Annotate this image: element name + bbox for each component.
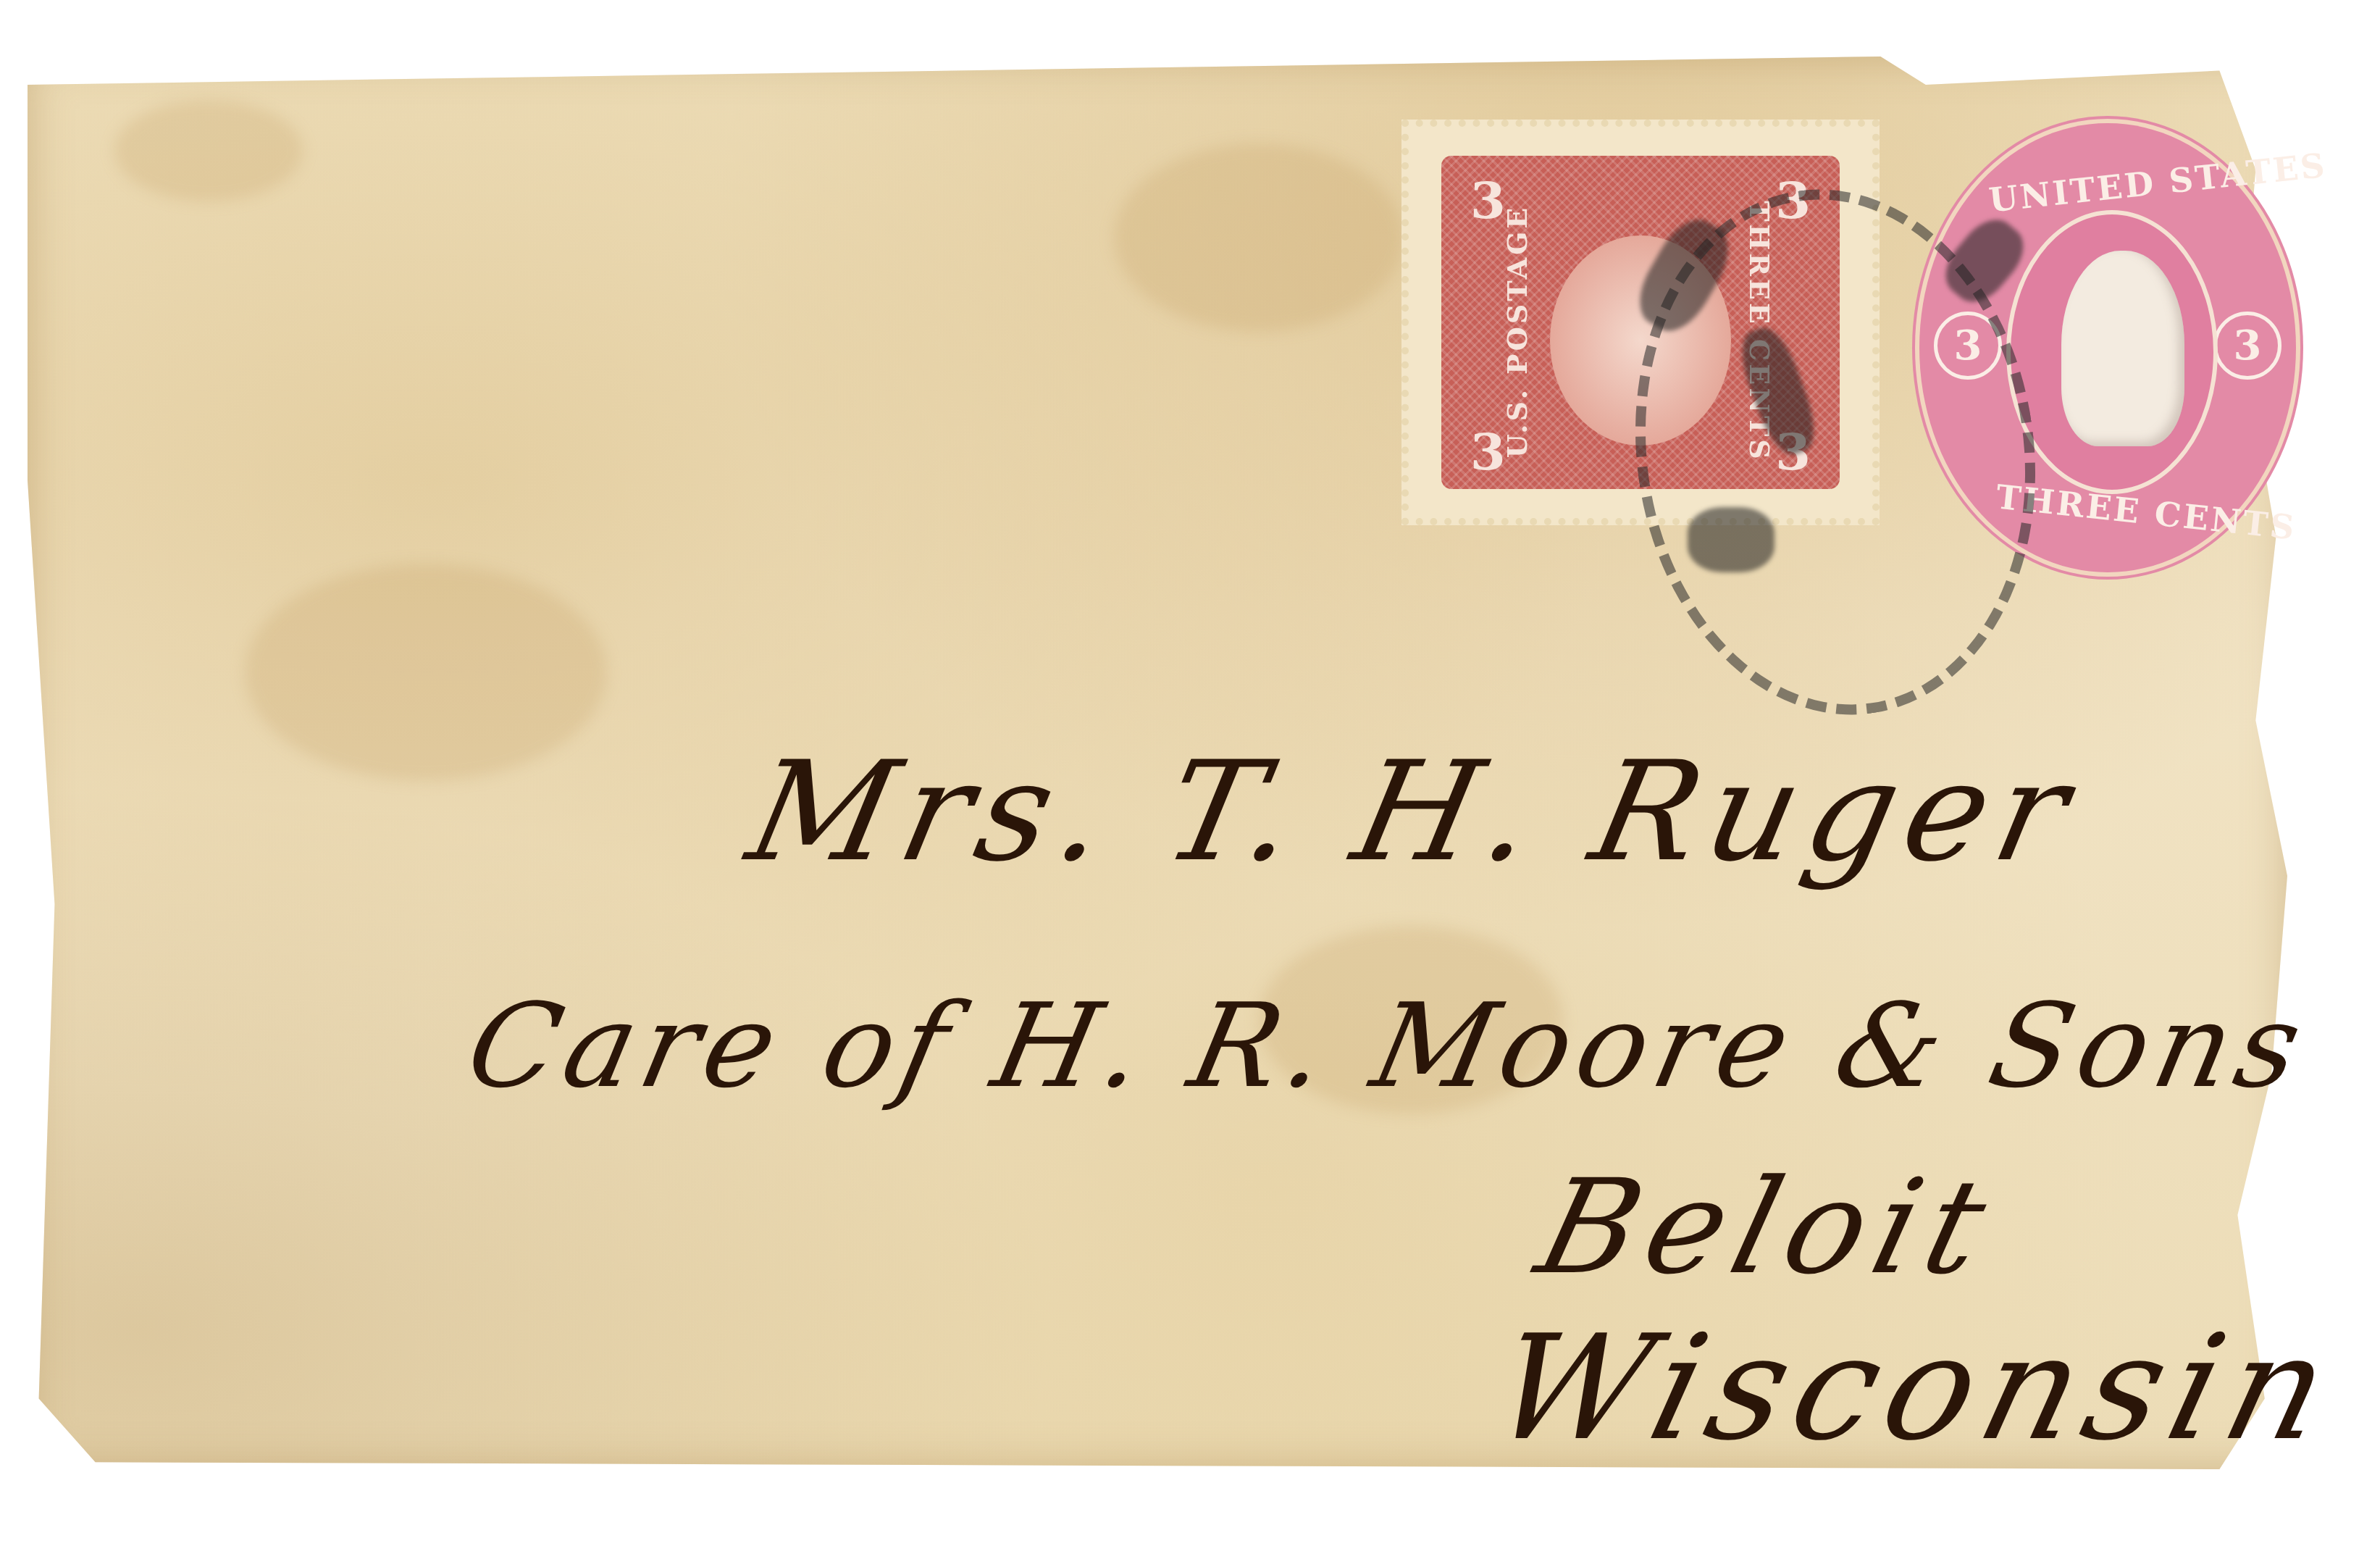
address-city: Beloit	[1524, 1152, 2010, 1303]
indicium-bottom-text: THREE CENTS	[1994, 477, 2298, 547]
cancel-blot	[1688, 507, 1774, 572]
indicium-top-text: UNITED STATES	[1987, 146, 2329, 220]
stamp-left-text: U.S. POSTAGE	[1501, 205, 1533, 459]
paper-stain	[1114, 143, 1404, 332]
paper-stain	[245, 564, 607, 781]
paper-stain	[114, 100, 303, 201]
address-state: Wisconsin	[1478, 1304, 2354, 1473]
address-care-of: Care of H. R. Moore & Sons	[456, 978, 2319, 1114]
indicium-medallion	[2006, 210, 2218, 494]
address-recipient: Mrs. T. H. Ruger	[737, 732, 2092, 892]
washington-bust-icon	[2061, 251, 2184, 446]
indicium-value-right: 3	[2213, 312, 2281, 380]
